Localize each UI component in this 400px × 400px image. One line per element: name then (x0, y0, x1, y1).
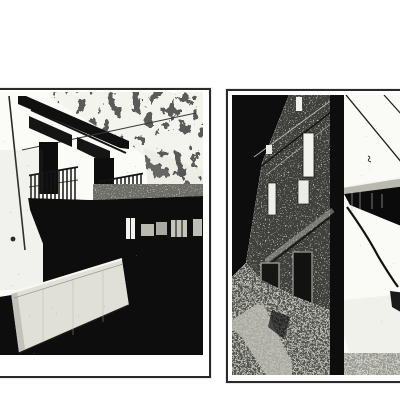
right-photo-image (232, 95, 400, 375)
photo-right-frame (226, 89, 400, 383)
photo-left-frame (0, 88, 211, 378)
bottom-right-detail (344, 291, 400, 375)
document-page (0, 0, 400, 400)
building-corner-edge (330, 95, 344, 375)
left-photo-image (0, 92, 203, 355)
